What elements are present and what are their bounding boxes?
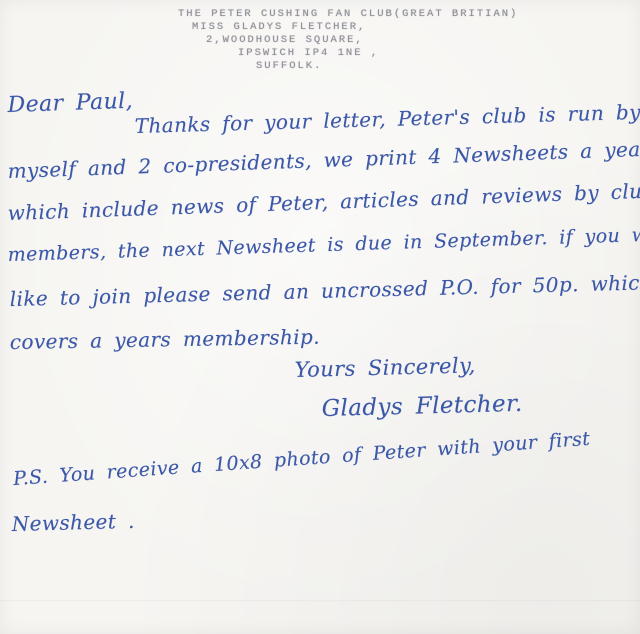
body-line: Thanks for your letter, Peter's club is … <box>134 100 640 138</box>
postscript-line: P.S. You receive a 10x8 photo of Peter w… <box>12 428 590 490</box>
letterhead-county: SUFFOLK. <box>256 60 518 73</box>
body-line: myself and 2 co-presidents, we print 4 N… <box>7 137 640 183</box>
closing: Yours Sincerely, <box>294 353 475 382</box>
typed-letterhead: THE PETER CUSHING FAN CLUB(GREAT BRITIAN… <box>178 8 518 73</box>
paper-crease <box>0 600 640 602</box>
scanned-letter-page: THE PETER CUSHING FAN CLUB(GREAT BRITIAN… <box>0 0 640 634</box>
body-line: which include news of Peter, articles an… <box>7 178 640 225</box>
letterhead-town-postcode: IPSWICH IP4 1NE , <box>238 47 518 60</box>
signature: Gladys Fletcher. <box>321 391 523 422</box>
letterhead-club-name: THE PETER CUSHING FAN CLUB(GREAT BRITIAN… <box>178 8 518 21</box>
body-line: covers a years membership. <box>10 325 321 354</box>
letterhead-street: 2,WOODHOUSE SQUARE, <box>206 34 518 47</box>
body-line: members, the next Newsheet is due in Sep… <box>7 223 640 266</box>
salutation: Dear Paul, <box>7 89 133 118</box>
letterhead-contact-name: MISS GLADYS FLETCHER, <box>192 21 518 34</box>
body-line: like to join please send an uncrossed P.… <box>9 270 640 311</box>
postscript-line: Newsheet . <box>11 509 135 536</box>
